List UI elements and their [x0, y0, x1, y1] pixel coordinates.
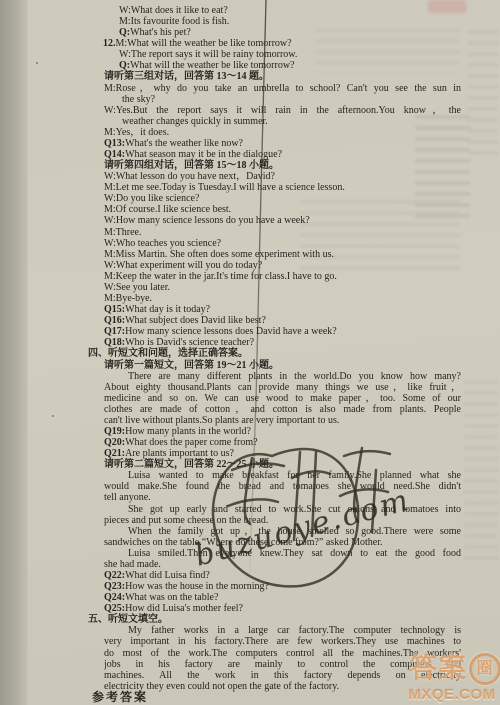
logo-characters: 答案	[409, 654, 467, 684]
transcript-line: M:Let me see.Today is Tuesday.I will hav…	[104, 182, 460, 193]
transcript-line: Luisa wanted to make breakfast for her f…	[104, 470, 461, 481]
transcript-line: M:Bye-bye.	[104, 293, 460, 304]
section-4-heading: 四、听短文和问题，选择正确答案。	[88, 348, 460, 359]
listening-transcript: W:What does it like to eat?M:Its favouri…	[88, 5, 460, 705]
transcript-line: weather changes quickly in summer.	[122, 116, 460, 127]
transcript-line: would make.She found the bread and tomat…	[104, 481, 461, 492]
transcript-line: Q:What will the weather be like tomorrow…	[119, 60, 460, 71]
transcript-line: When the family got up，the house smelled…	[104, 526, 461, 537]
transcript-line: M:Rose，why do you take an umbrella to sc…	[104, 83, 461, 94]
transcript-line: W:What lesson do you have next，David?	[104, 171, 460, 182]
transcript-line: Q22:What did Luisa find?	[104, 570, 460, 581]
transcript-line: the sky?	[122, 94, 460, 105]
transcript-line: W:What experiment will you do today?	[104, 260, 460, 271]
transcript-line: M:Of course.I like science best.	[104, 204, 460, 215]
transcript-line: 请听第二篇短文，回答第 22～25 小题。	[104, 459, 460, 470]
transcript-line: M:Keep the water in the jar.It's time fo…	[104, 271, 460, 282]
section-5-heading: 五、听短文填空。	[88, 614, 460, 625]
transcript-line: M:Yes，it does.	[104, 127, 460, 138]
transcript-line: W:How many science lessons do you have a…	[104, 215, 460, 226]
transcript-line: W:The report says it will be rainy tomor…	[119, 49, 460, 60]
transcript-line: sandwiches on the table.“Where do these …	[104, 537, 460, 548]
scan-speck	[52, 415, 54, 417]
transcript-line: Luisa smiled.Then everyone knew.They sat…	[104, 548, 461, 559]
transcript-line: M:Miss Martin. She often does some exper…	[104, 249, 460, 260]
transcript-line: medicine and so on. We can use wood to m…	[104, 393, 461, 404]
transcript-line: She got up early and started to work.She…	[104, 504, 461, 515]
transcript-line: Q17:How many science lessons does David …	[104, 326, 460, 337]
transcript-line: Q20:What does the paper come from?	[104, 437, 460, 448]
transcript-line: 请听第四组对话，回答第 15～18 小题。	[104, 160, 460, 171]
transcript-line: 12.M:What will the weather be like tomor…	[103, 38, 460, 49]
scan-gutter-shadow	[0, 0, 28, 705]
transcript-line: Q18:Who is David's science teacher?	[104, 337, 460, 348]
transcript-line: Q24:What was on the table?	[104, 592, 460, 603]
answer-site-watermark: 答案 圈 MXQE.COM	[400, 653, 500, 703]
transcript-line: Q23:How was the house in the morning?	[104, 581, 460, 592]
transcript-line: pieces and put some cheese on the bread.	[104, 515, 460, 526]
transcript-line: clothes are made of cotton，and cotton is…	[104, 404, 461, 415]
logo-circle-icon: 圈	[469, 653, 500, 685]
answer-site-logo: 答案 圈	[400, 653, 500, 685]
transcript-line: Q13:What's the weather like now?	[104, 138, 460, 149]
transcript-line: About eighty thousand.Plants can provide…	[104, 382, 461, 393]
transcript-line: 请听第一篇短文，回答第 19～21 小题。	[104, 360, 460, 371]
transcript-line: W:Who teaches you science?	[104, 238, 460, 249]
transcript-line: W:Do you like science?	[104, 193, 460, 204]
transcript-line: she had made.	[104, 559, 460, 570]
transcript-line: W:What does it like to eat?	[119, 5, 460, 16]
transcript-line: Q16:What subject does David like best?	[104, 315, 460, 326]
transcript-line: There are many different plants in the w…	[104, 371, 461, 382]
watermark-site-url: MXQE.COM	[400, 686, 500, 703]
scan-speck	[36, 62, 38, 64]
transcript-line: Q25:How did Luisa's mother feel?	[104, 603, 460, 614]
transcript-line: can't live without plants.So plants are …	[104, 415, 460, 426]
transcript-line: M:Three.	[104, 227, 460, 238]
transcript-line: 请听第三组对话，回答第 13～14 题。	[104, 71, 460, 82]
transcript-line: Q14:What season may it be in the dialogu…	[104, 149, 460, 160]
transcript-line: Q21:Are plants important to us?	[104, 448, 460, 459]
transcript-line: W:Yes.But the report says it will rain i…	[104, 105, 461, 116]
transcript-line: M:Its favourite food is fish.	[119, 16, 460, 27]
scanned-answer-page: { "page": { "paper_color": "#cdc9bb", "g…	[0, 0, 500, 705]
transcript-line: Q:What's his pet?	[119, 27, 460, 38]
transcript-line: very important in his factory.There are …	[104, 636, 461, 647]
transcript-line: tell anyone.	[104, 492, 460, 503]
transcript-line: Q19:How many plants in the world?	[104, 426, 460, 437]
transcript-line: Q15:What day is it today?	[104, 304, 460, 315]
transcript-line: My father works in a large car factory.T…	[104, 625, 461, 636]
transcript-line: W:See you later.	[104, 282, 460, 293]
